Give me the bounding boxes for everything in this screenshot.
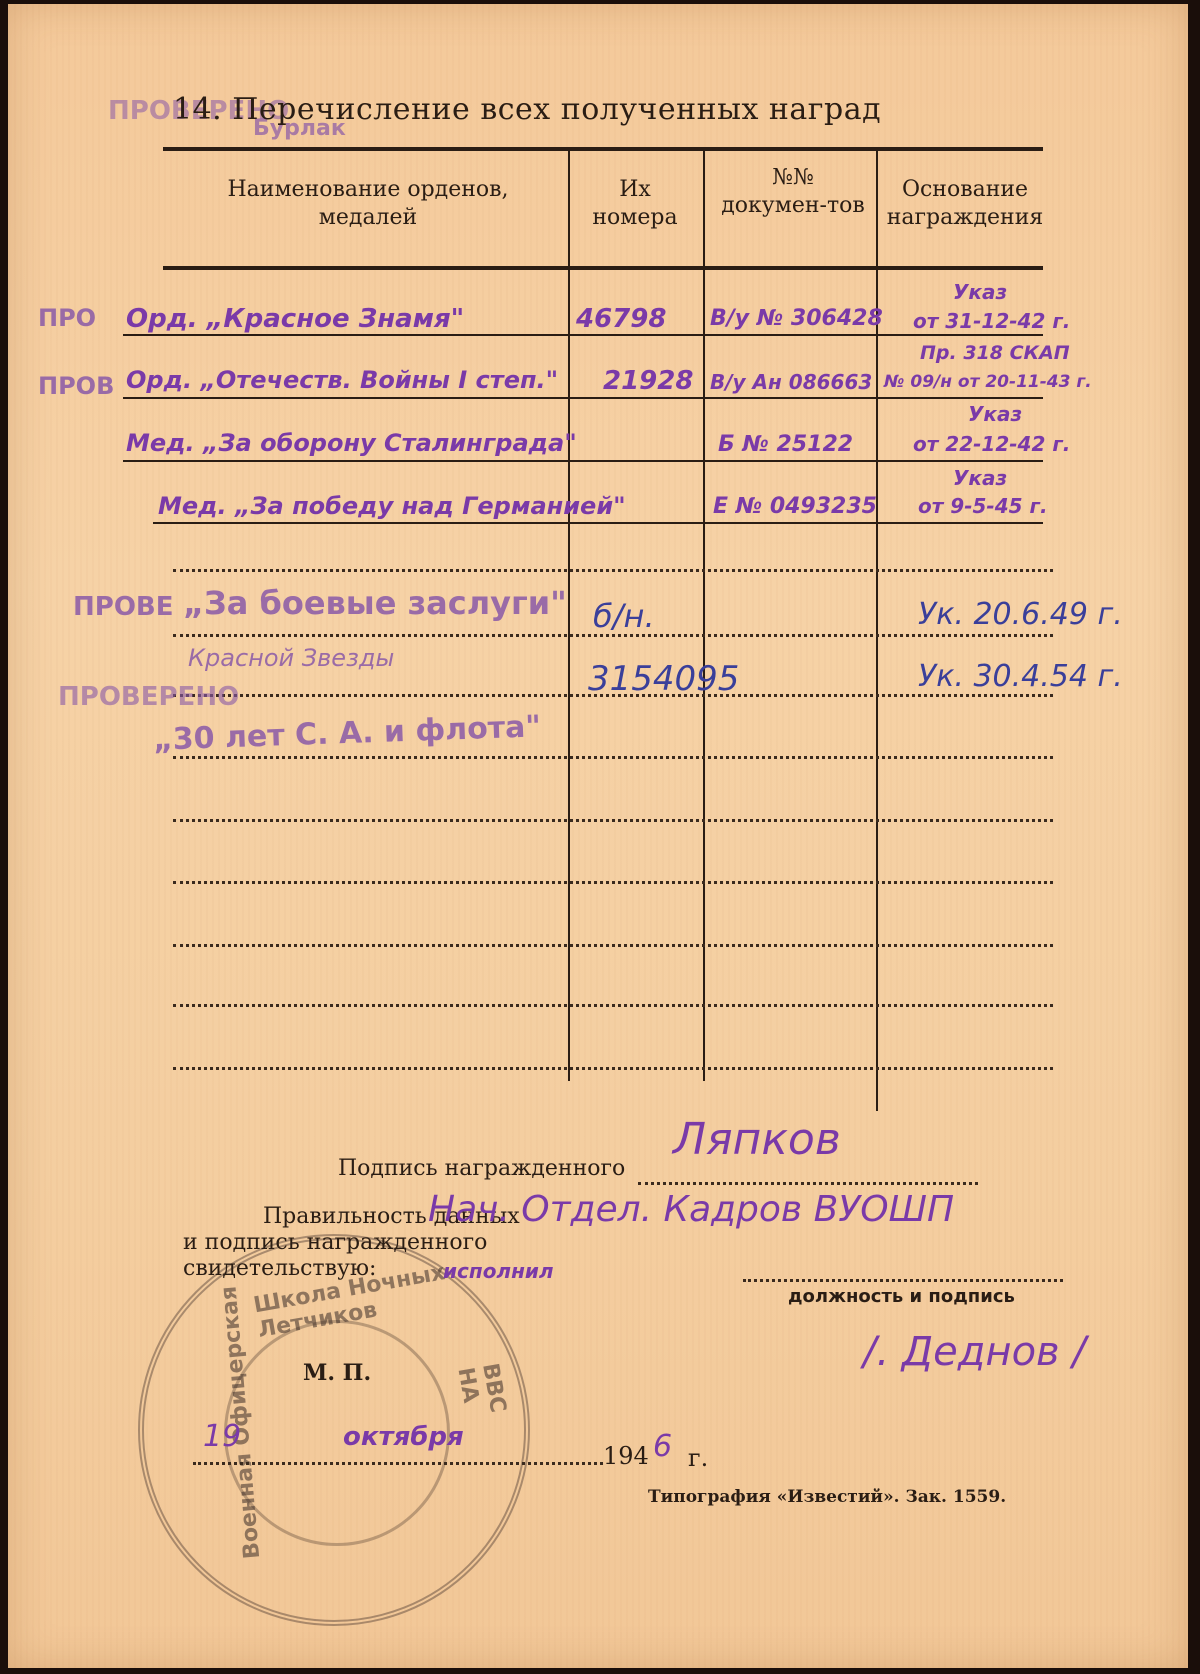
award-name: Мед. „За победу над Германией" [158, 492, 626, 520]
award-basis-line1: Пр. 318 СКАП [920, 342, 1070, 364]
certification-label-3: свидетельствую: [183, 1256, 376, 1281]
document-page: ПРОВЕРЕНО Бурлак 14. Перечисление всех п… [8, 4, 1188, 1668]
award-document: В/у № 306428 [710, 306, 883, 331]
award-basis-line2: от 31-12-42 г. [913, 309, 1070, 333]
table-top-border [163, 147, 1043, 151]
award-number: 46798 [576, 304, 666, 334]
official-seal: Школа Ночных Летчиков ВВС НА Военная Офи… [138, 1234, 530, 1626]
row-line [173, 756, 1053, 762]
position-line [743, 1279, 1063, 1285]
certifier-signature: /. Деднов / [863, 1329, 1086, 1375]
award-number: 21928 [603, 366, 693, 396]
award-name: Мед. „За оборону Сталинграда" [126, 429, 577, 457]
award-name: „30 лет С. А. и флота" [153, 709, 542, 758]
row-stamp: ПРО [38, 304, 96, 332]
date-day: 19 [203, 1419, 241, 1454]
date-year-end: г. [688, 1444, 708, 1472]
award-basis-line2: от 9-5-45 г. [918, 494, 1048, 518]
row-line [153, 522, 1043, 524]
award-document: Б № 25122 [718, 432, 853, 457]
column-divider [876, 151, 878, 1111]
header-documents: №№ докумен-тов [718, 164, 868, 220]
award-document: Е № 0493235 [713, 494, 877, 519]
award-basis-line2: Ук. 30.4.54 г. [918, 659, 1123, 694]
row-stamp: ПРОВ [38, 372, 114, 400]
row-line [173, 569, 1053, 575]
row-stamp: ПРОВЕРЕНО [58, 682, 239, 712]
header-numbers: Их номера [580, 176, 690, 232]
column-divider [568, 151, 570, 1081]
award-number: 3154095 [588, 659, 739, 699]
award-basis-line2: № 09/н от 20-11-43 г. [884, 372, 1092, 392]
award-name: „За боевые заслуги" [183, 584, 567, 622]
header-basis: Основание награждения [880, 176, 1050, 232]
position-caption: должность и подпись [788, 1286, 1015, 1307]
header-name: Наименование орденов, медалей [178, 176, 558, 232]
award-name: Красной Звезды [188, 644, 394, 672]
award-basis-line1: Указ [953, 466, 1007, 490]
row-line [173, 881, 1053, 887]
section-title: 14. Перечисление всех полученных наград [173, 92, 881, 127]
row-stamp: ПРОВЕ [73, 592, 174, 622]
award-name: Орд. „Красное Знамя" [126, 304, 464, 334]
award-basis-line1: Указ [953, 280, 1007, 304]
row-line [173, 1004, 1053, 1010]
row-line [173, 1067, 1053, 1073]
date-year-prefix: 194 [603, 1442, 649, 1470]
award-basis-line2: Ук. 20.6.49 г. [918, 597, 1123, 632]
certifier-position: Нач. Отдел. Кадров ВУОШП [428, 1189, 954, 1230]
certifier-extra: исполнил [443, 1259, 554, 1283]
award-basis-line2: от 22-12-42 г. [913, 432, 1070, 456]
signature-label: Подпись награжденного [338, 1156, 625, 1181]
row-line [123, 397, 1043, 399]
row-line [123, 460, 1043, 462]
row-line [173, 819, 1053, 825]
seal-placeholder-label: М. П. [303, 1360, 371, 1386]
award-name: Орд. „Отечеств. Войны I степ." [126, 366, 558, 394]
date-line [193, 1462, 603, 1468]
date-year-suffix: 6 [653, 1429, 672, 1464]
award-document: В/у Ан 086663 [710, 370, 872, 394]
recipient-signature: Ляпков [673, 1114, 841, 1165]
award-number: б/н. [593, 597, 655, 635]
signature-line [638, 1182, 978, 1188]
award-basis-line1: Указ [968, 402, 1022, 426]
printer-line: Типография «Известий». Зак. 1559. [648, 1487, 1006, 1507]
certification-label-2: и подпись награжденного [183, 1230, 487, 1255]
table-header-bottom-border [163, 266, 1043, 270]
row-line [173, 944, 1053, 950]
date-month: октября [343, 1422, 464, 1452]
row-line [123, 334, 1043, 336]
column-divider [703, 151, 705, 1081]
